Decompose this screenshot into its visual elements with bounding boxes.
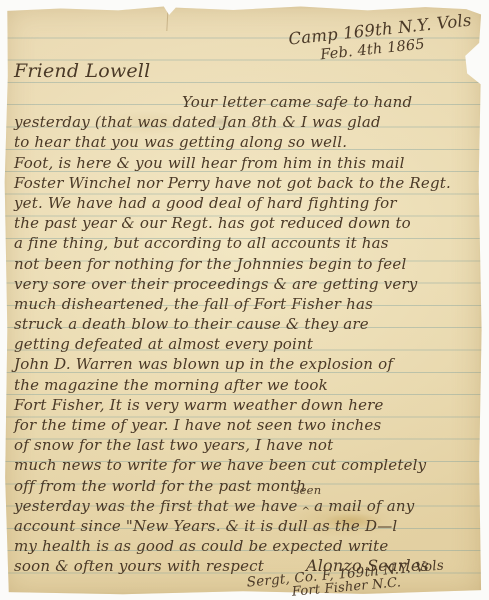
letter-line: not been for nothing for the Johnnies be… — [14, 254, 483, 274]
letter-line: off from the world for the past month — [14, 476, 483, 496]
letter-line: a fine thing, but according to all accou… — [14, 233, 483, 253]
letter-line: to hear that you was getting along so we… — [14, 132, 483, 152]
letter-line-with-insertion: yesterday was the first that we haveseen… — [14, 496, 483, 516]
letter-line: much news to write for we have been cut … — [14, 455, 483, 475]
letter-body: Your letter came safe to hand yesterday … — [14, 92, 483, 577]
letter-line: the magazine the morning after we took — [14, 375, 483, 395]
letter-line: account since "New Years. & it is dull a… — [14, 516, 483, 536]
salutation: Friend Lowell — [14, 60, 150, 82]
letter-scene: Camp 169th N.Y. Vols Feb. 4th 1865 Frien… — [0, 0, 489, 600]
letter-line: much disheartened, the fall of Fort Fish… — [14, 294, 483, 314]
insertion-post-text: a mail of any — [314, 497, 414, 515]
insertion-pre-text: yesterday was the first that we have — [14, 497, 298, 515]
letter-line: Foot, is here & you will hear from him i… — [14, 153, 483, 173]
letter-line: the past year & our Regt. has got reduce… — [14, 213, 483, 233]
letter-line: getting defeated at almost every point — [14, 334, 483, 354]
insertion-point: seen^ — [298, 497, 315, 515]
letter-line: yesterday (that was dated Jan 8th & I wa… — [14, 112, 483, 132]
letter-line: Fort Fisher, It is very warm weather dow… — [14, 395, 483, 415]
letter-line: struck a death blow to their cause & the… — [14, 314, 483, 334]
letter-line: Your letter came safe to hand — [14, 92, 483, 112]
caret-mark: ^ — [302, 506, 311, 517]
letter-line: of snow for the last two years, I have n… — [14, 435, 483, 455]
letter-line: for the time of year. I have not seen tw… — [14, 415, 483, 435]
letter-line: Foster Winchel nor Perry have not got ba… — [14, 173, 483, 193]
letter-line: my health is as good as could be expecte… — [14, 536, 483, 556]
letter-line: very sore over their proceedings & are g… — [14, 274, 483, 294]
letter-line: John D. Warren was blown up in the explo… — [14, 354, 483, 374]
inserted-word: seen — [294, 485, 322, 496]
letter-line: yet. We have had a good deal of hard fig… — [14, 193, 483, 213]
closing-text: soon & often yours with respect — [14, 556, 264, 576]
